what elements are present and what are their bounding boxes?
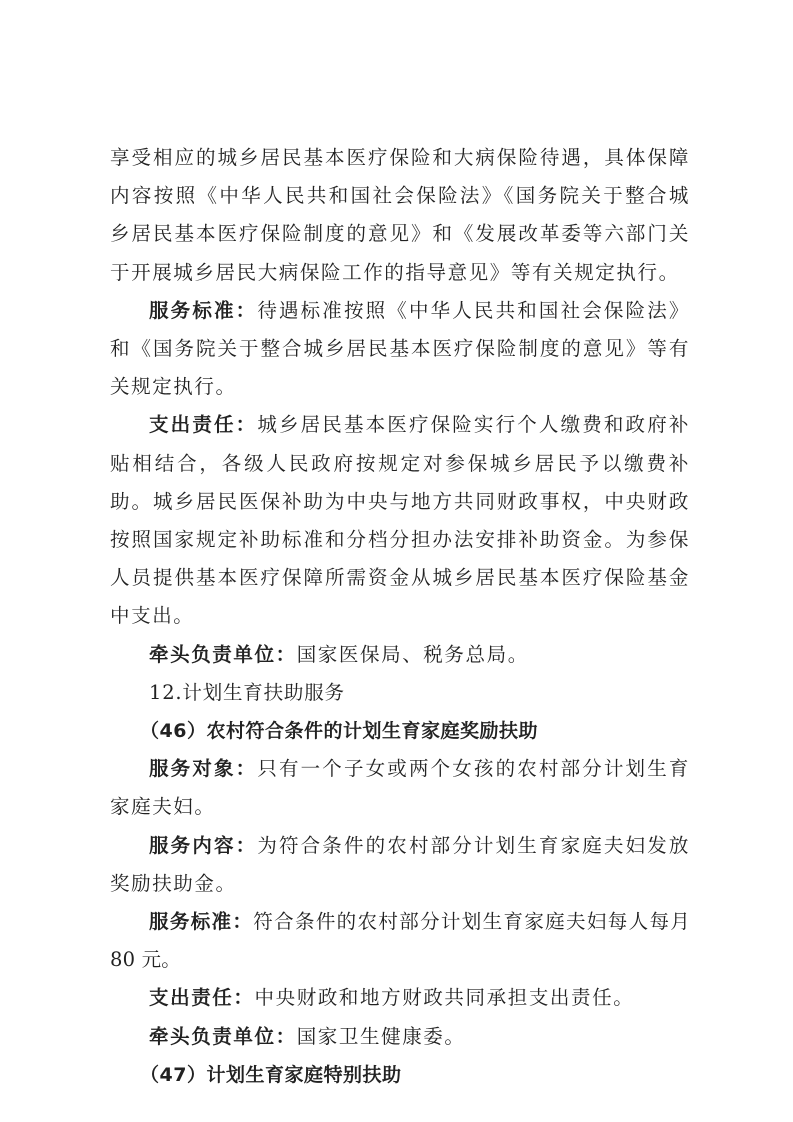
paragraph-service-content: 服务内容：为符合条件的农村部分计划生育家庭夫妇发放奖励扶助金。 [110,827,690,903]
field-text: 城乡居民基本医疗保险实行个人缴费和政府补贴相结合，各级人民政府按规定对参保城乡居… [110,413,690,627]
document-page: 享受相应的城乡居民基本医疗保险和大病保险待遇，具体保障内容按照《中华人民共和国社… [0,0,793,1122]
field-text: 国家医保局、税务总局。 [297,643,529,666]
paragraph-insurance-benefits: 享受相应的城乡居民基本医疗保险和大病保险待遇，具体保障内容按照《中华人民共和国社… [110,139,690,292]
field-label: 牵头负责单位： [149,643,297,666]
field-text: 中央财政和地方财政共同承担支出责任。 [255,986,635,1009]
paragraph-lead-unit-46: 牵头负责单位：国家卫生健康委。 [110,1018,690,1056]
field-label: 服务标准： [149,910,253,933]
paragraph-service-target: 服务对象：只有一个子女或两个女孩的农村部分计划生育家庭夫妇。 [110,750,690,826]
field-label: 支出责任： [149,986,255,1009]
field-label: 服务标准： [149,299,257,322]
item-heading-47: （47）计划生育家庭特别扶助 [110,1056,690,1094]
item-heading-46: （46）农村符合条件的计划生育家庭奖励扶助 [110,712,690,750]
section-subheading: 12.计划生育扶助服务 [110,674,690,712]
paragraph-service-standard: 服务标准：待遇标准按照《中华人民共和国社会保险法》和《国务院关于整合城乡居民基本… [110,292,690,407]
document-body: 享受相应的城乡居民基本医疗保险和大病保险待遇，具体保障内容按照《中华人民共和国社… [110,139,690,1094]
paragraph-lead-unit: 牵头负责单位：国家医保局、税务总局。 [110,636,690,674]
field-label: 服务对象： [149,757,257,780]
field-label: 支出责任： [149,413,257,436]
field-label: 牵头负责单位： [149,1025,297,1048]
paragraph-service-standard-46: 服务标准：符合条件的农村部分计划生育家庭夫妇每人每月 80 元。 [110,903,690,979]
paragraph-text: 享受相应的城乡居民基本医疗保险和大病保险待遇，具体保障内容按照《中华人民共和国社… [110,146,690,284]
paragraph-expenditure-responsibility-46: 支出责任：中央财政和地方财政共同承担支出责任。 [110,979,690,1017]
field-label: 服务内容： [149,834,257,857]
field-text: 国家卫生健康委。 [297,1025,466,1048]
paragraph-expenditure-responsibility: 支出责任：城乡居民基本医疗保险实行个人缴费和政府补贴相结合，各级人民政府按规定对… [110,406,690,635]
